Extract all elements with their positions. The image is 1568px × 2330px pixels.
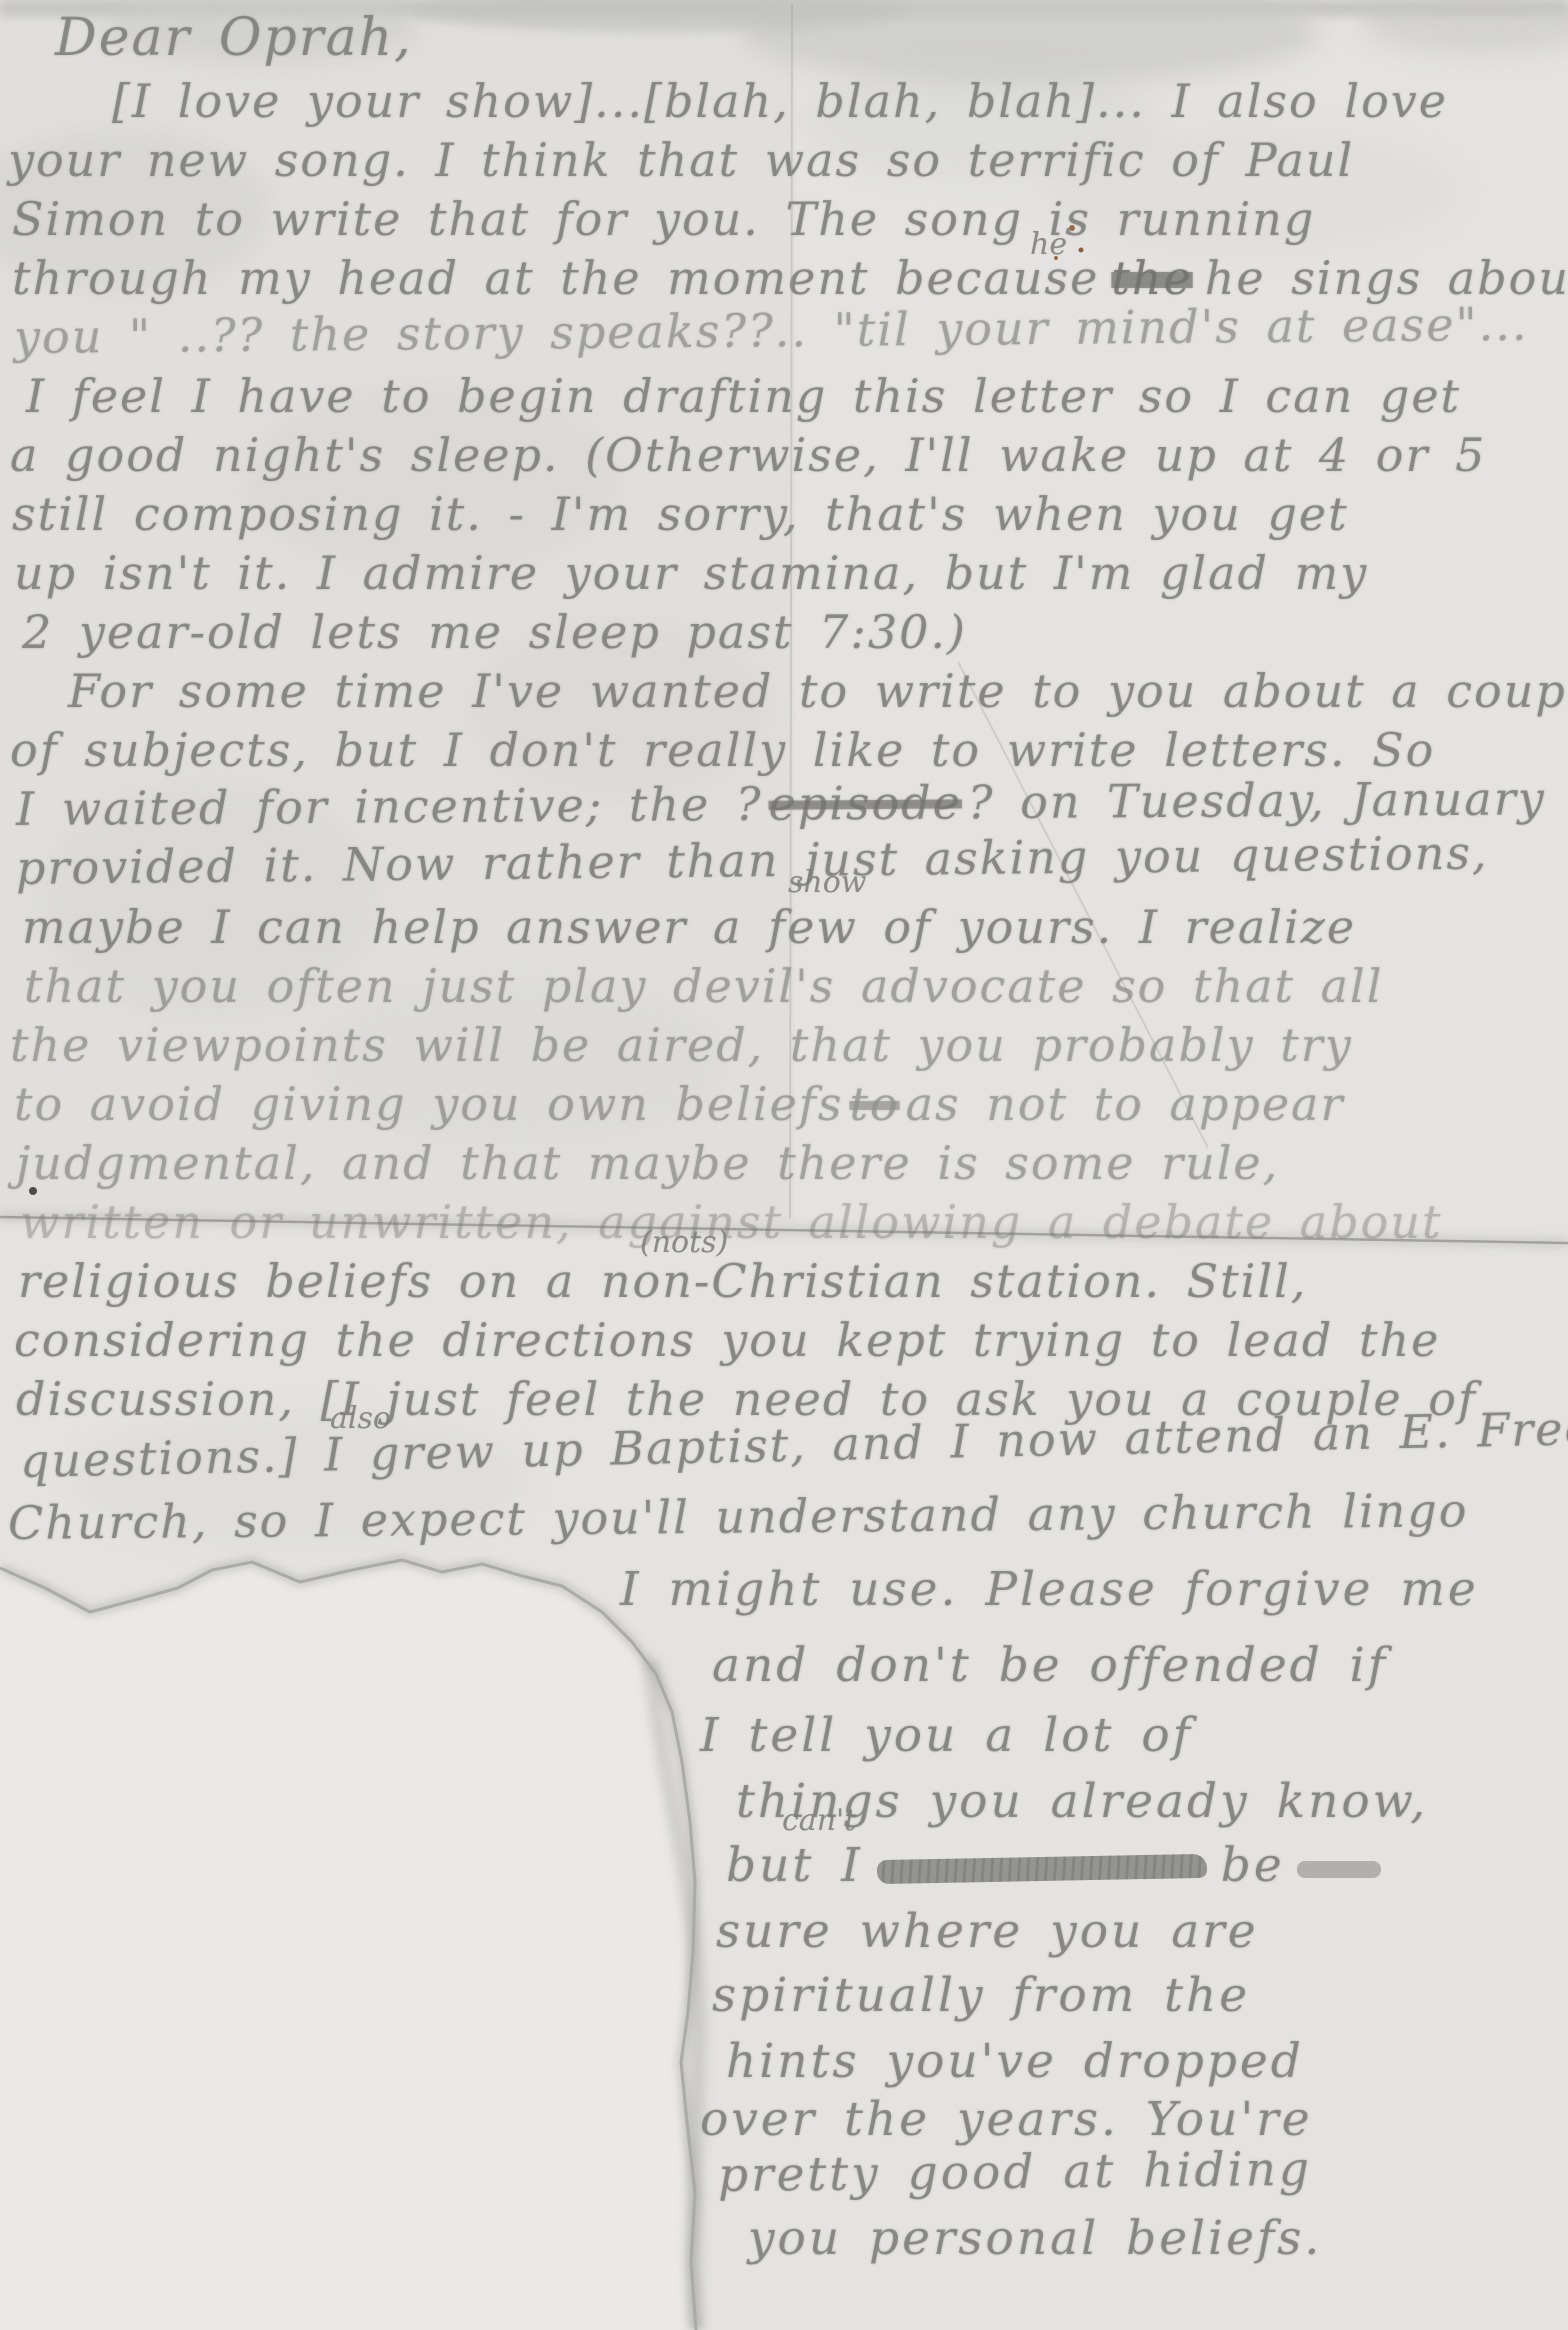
inserted-word-he: he [1030, 230, 1067, 260]
line-text: religious beliefs on a non-Christian sta… [18, 1254, 1307, 1308]
inserted-word-show: show [788, 868, 866, 898]
column-line-7: spiritually from the [712, 1972, 1250, 2019]
letter-line-11: For some time I've wanted to write to yo… [68, 668, 1568, 714]
letter-line-1: [I love your show]...[blah, blah, blah].… [112, 78, 1448, 124]
letter-line-5: you " ..?? the story speaks??.. "til you… [14, 301, 1529, 360]
inserted-word-cant: can't [782, 1806, 856, 1836]
line-text: of subjects, but I don't really like to … [10, 723, 1435, 777]
line-text: pretty good at hiding [718, 2142, 1313, 2203]
line-text: provided it. Now rather than just asking… [16, 826, 1489, 895]
line-text: your new song. I think that was so terri… [8, 133, 1354, 187]
line-text: a good night's sleep. (Otherwise, I'll w… [10, 428, 1486, 482]
letter-line-12: of subjects, but I don't really like to … [10, 727, 1435, 773]
column-line-11: you personal beliefs. [748, 2215, 1322, 2262]
line-text: over the years. You're [700, 2092, 1313, 2147]
letter-line-14: provided it. Now rather than just asking… [16, 830, 1489, 891]
scribble-smear [1297, 1861, 1381, 1878]
line-text: Church, so I expect you'll understand an… [8, 1483, 1469, 1550]
letter-line-17: the viewpoints will be aired, that you p… [10, 1022, 1353, 1068]
line-text: Simon to write that for you. The song is… [12, 192, 1315, 246]
salutation-text: Dear Oprah, [55, 8, 413, 68]
letter-line-25: Church, so I expect you'll understand an… [8, 1487, 1469, 1546]
line-text: maybe I can help answer a few of yours. … [22, 900, 1356, 954]
letter-line-7: a good night's sleep. (Otherwise, I'll w… [10, 432, 1486, 478]
line-text: 2 year-old lets me sleep past 7:30.) [22, 605, 967, 659]
letter-line-16: that you often just play devil's advocat… [24, 963, 1383, 1009]
letter-line-9: up isn't it. I admire your stamina, but … [14, 550, 1368, 596]
column-line-10: pretty good at hiding [718, 2146, 1312, 2199]
letter-line-4: through my head at the moment becausethe… [12, 255, 1568, 301]
inserted-word-also: also [330, 1404, 391, 1434]
line-text: I waited for incentive; the ? [16, 777, 763, 836]
column-line-8: hints you've dropped [726, 2038, 1304, 2085]
column-line-5: but Ibe [726, 1842, 1381, 1889]
line-text: considering the directions you kept tryi… [14, 1313, 1440, 1367]
line-text: up isn't it. I admire your stamina, but … [14, 546, 1368, 600]
struck-word: to [849, 1077, 899, 1131]
letter-line-20: written or unwritten, against allowing a… [20, 1199, 1442, 1245]
column-line-9: over the years. You're [700, 2096, 1313, 2143]
line-text: but I [726, 1838, 863, 1893]
torn-away-area [0, 1560, 696, 2330]
line-text: be [1221, 1838, 1285, 1893]
line-text: I might use. Please forgive me [620, 1562, 1479, 1617]
line-text: ? on Tuesday, January 30 [968, 771, 1568, 830]
line-text: you " ..?? the story speaks??.. "til you… [14, 297, 1529, 364]
salutation: Dear Oprah, [55, 12, 413, 64]
letter-line-6: I feel I have to begin drafting this let… [26, 373, 1461, 419]
scribbled-out-word: the [1111, 251, 1192, 305]
line-text: I tell you a lot of [700, 1708, 1193, 1763]
line-text: sure where you are [716, 1904, 1259, 1959]
line-text: that you often just play devil's advocat… [24, 959, 1383, 1013]
letter-line-22: considering the directions you kept tryi… [14, 1317, 1440, 1363]
letter-line-15: maybe I can help answer a few of yours. … [22, 904, 1356, 950]
letter-page: Dear Oprah, [I love your show]...[blah, … [0, 0, 1568, 2330]
line-text: For some time I've wanted to write to yo… [68, 664, 1568, 718]
column-line-2: and don't be offended if [712, 1642, 1388, 1689]
torn-edge [0, 1560, 696, 2330]
letter-line-2: your new song. I think that was so terri… [8, 137, 1354, 183]
line-text: hints you've dropped [726, 2034, 1304, 2089]
letter-line-18: to avoid giving you own beliefstoas not … [14, 1081, 1344, 1127]
line-text: and don't be offended if [712, 1638, 1388, 1693]
line-text: to avoid giving you own beliefs [14, 1077, 843, 1131]
inserted-word-nots: (nots) [640, 1228, 728, 1258]
strip-left-streak [650, 1660, 698, 2330]
letter-line-10: 2 year-old lets me sleep past 7:30.) [22, 609, 967, 655]
line-text: written or unwritten, against allowing a… [20, 1195, 1442, 1249]
column-line-6: sure where you are [716, 1908, 1259, 1955]
letter-line-3: Simon to write that for you. The song is… [12, 196, 1315, 242]
column-line-1: I might use. Please forgive me [620, 1566, 1479, 1613]
line-text: I feel I have to begin drafting this let… [26, 369, 1461, 423]
line-text: [I love your show]...[blah, blah, blah].… [112, 74, 1448, 128]
line-text: as not to appear [906, 1077, 1345, 1131]
letter-line-21: religious beliefs on a non-Christian sta… [18, 1258, 1307, 1304]
line-text: the viewpoints will be aired, that you p… [10, 1018, 1353, 1072]
line-text: through my head at the moment because [12, 251, 1099, 305]
letter-line-19: judgmental, and that maybe there is some… [16, 1140, 1279, 1186]
letter-line-13: I waited for incentive; the ?episode? on… [16, 775, 1568, 832]
line-text: spiritually from the [712, 1968, 1250, 2023]
line-text: you personal beliefs. [748, 2211, 1322, 2266]
heavy-scribble [877, 1854, 1207, 1884]
struck-word-episode: episode [768, 775, 962, 830]
letter-line-8: still composing it. - I'm sorry, that's … [12, 491, 1349, 537]
line-text: judgmental, and that maybe there is some… [16, 1136, 1279, 1190]
line-text: still composing it. - I'm sorry, that's … [12, 487, 1349, 541]
column-line-3: I tell you a lot of [700, 1712, 1193, 1759]
